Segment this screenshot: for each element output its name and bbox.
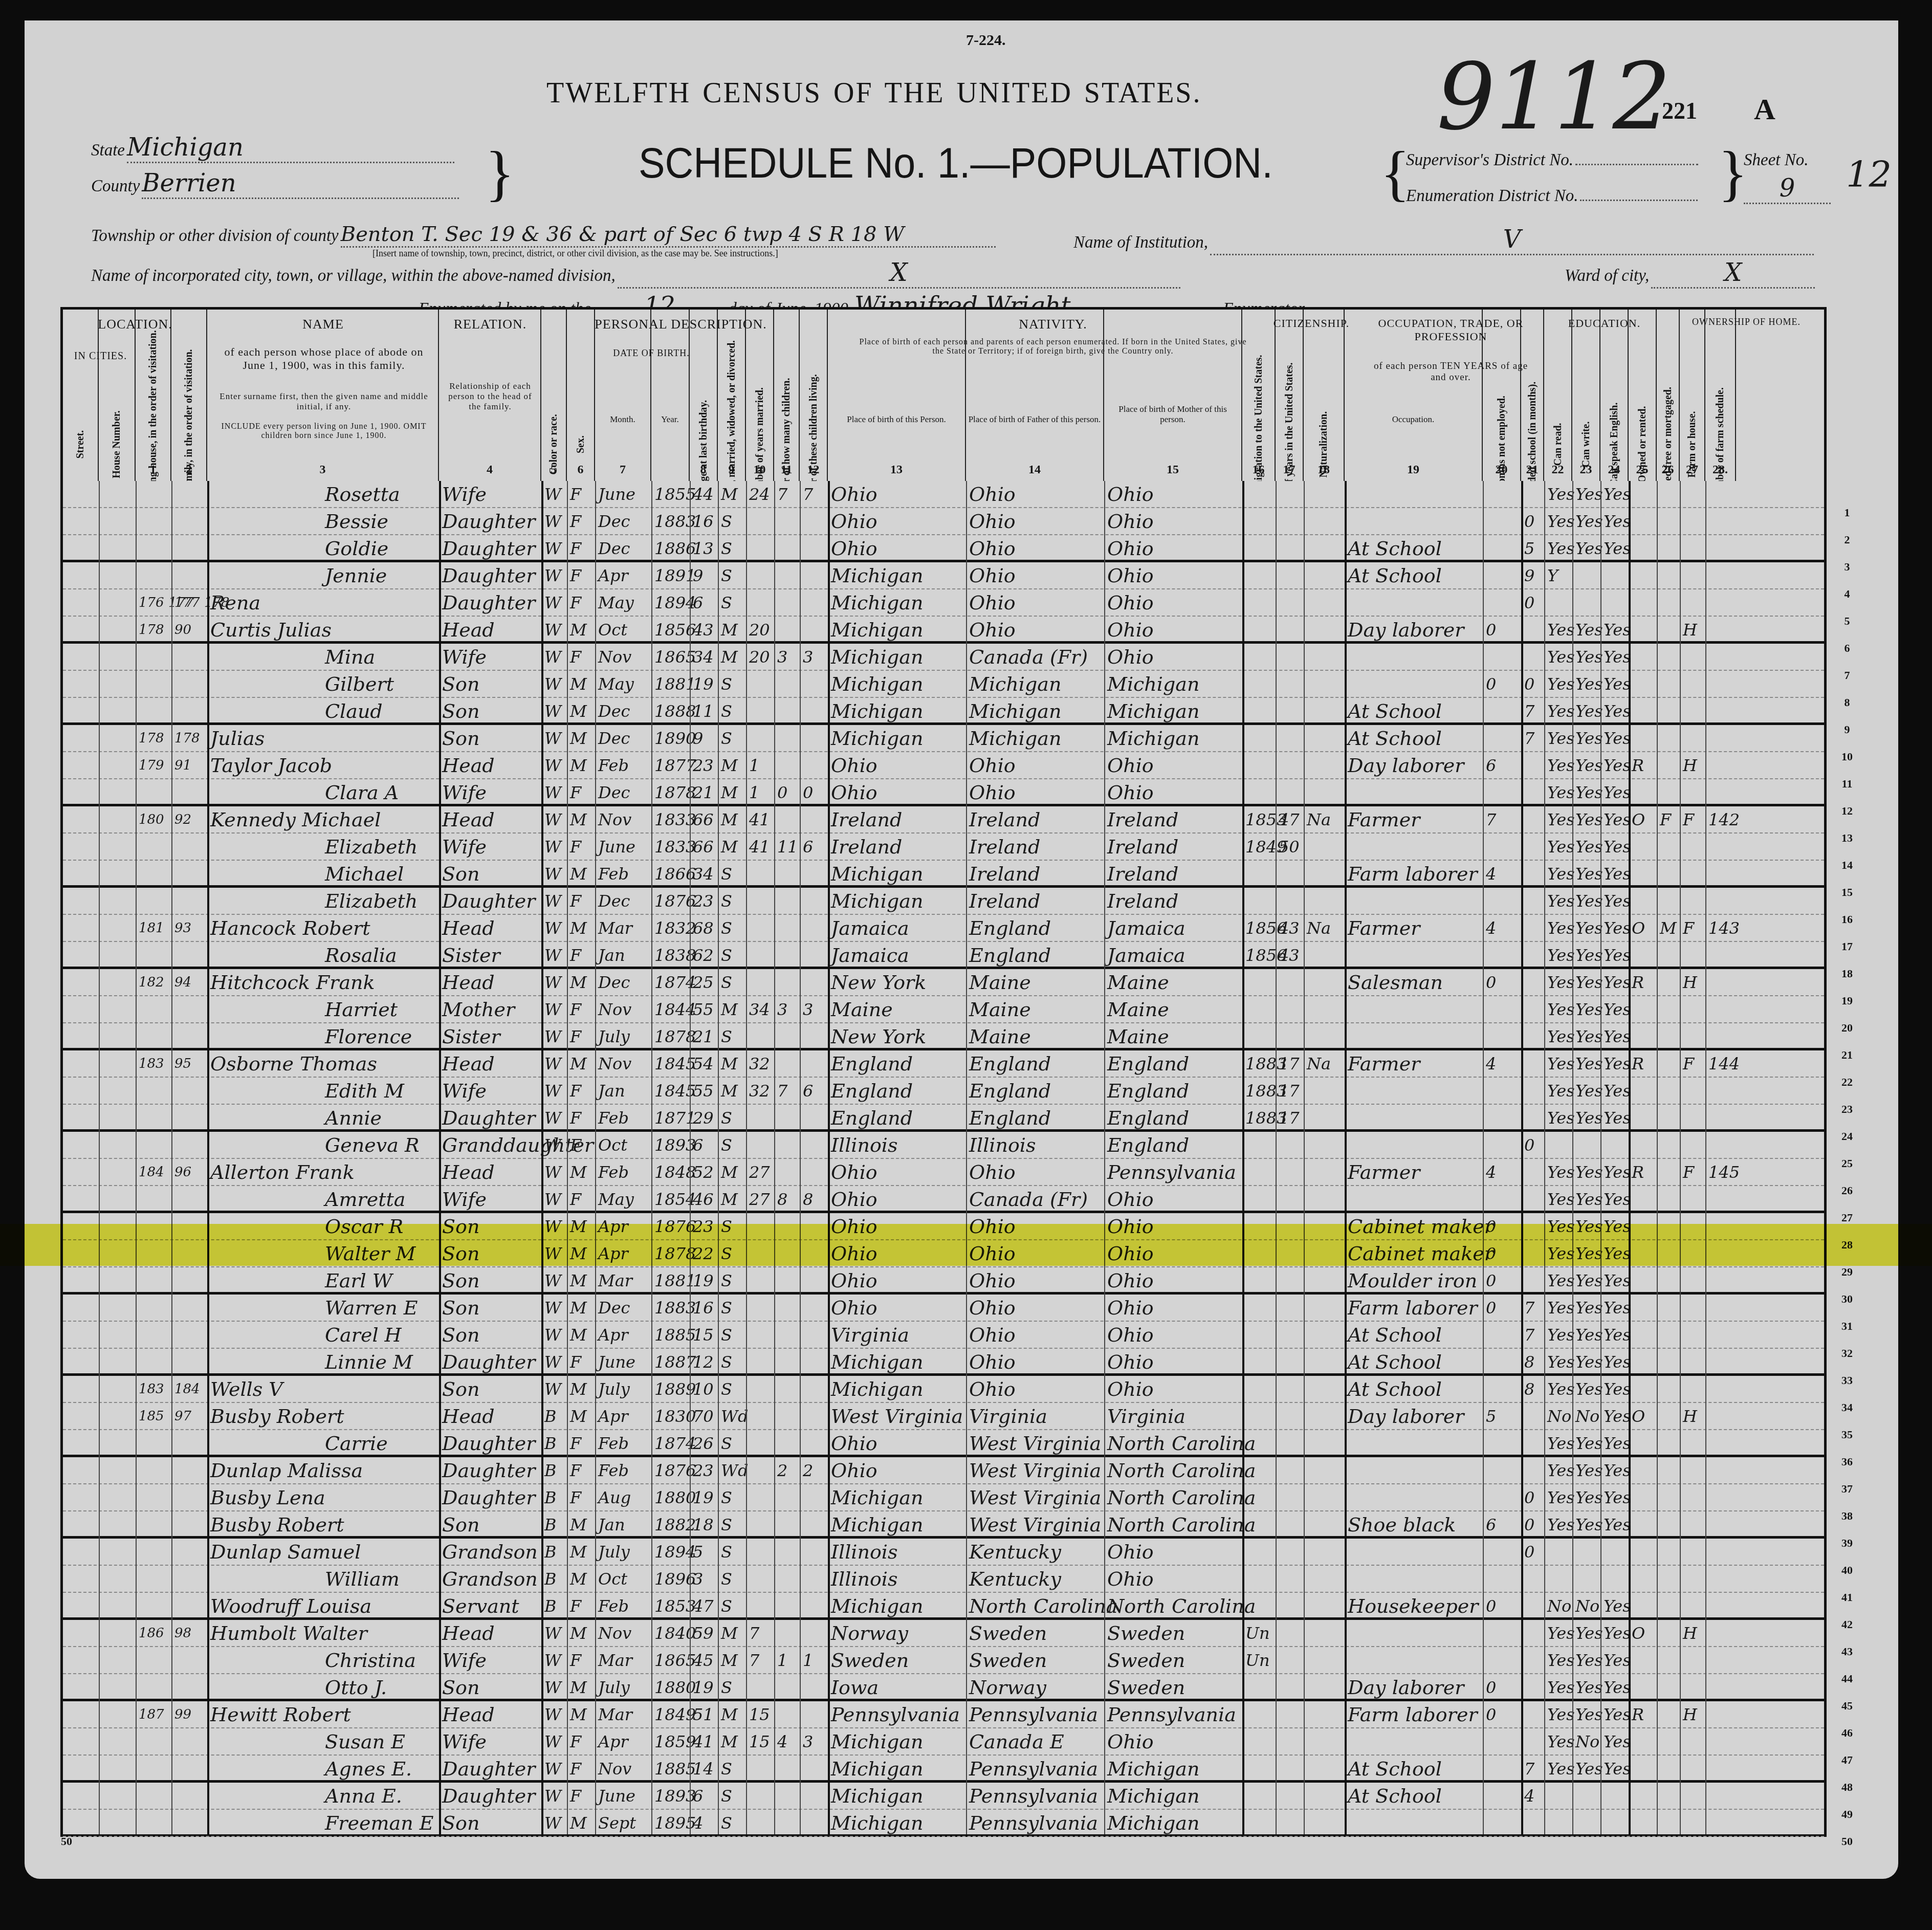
cell-attended-school: 8: [1521, 1349, 1544, 1376]
cell-birth-person: Ireland: [828, 834, 966, 861]
column-header-sex: Sex.6: [567, 310, 595, 481]
cell-birth-father: Ireland: [966, 888, 1104, 915]
cell-farm-schedule: 145: [1705, 1159, 1736, 1186]
cell-birth-father: Illinois: [966, 1132, 1104, 1159]
line-number: 40: [1837, 1564, 1857, 1577]
table-row[interactable]: 18092Kennedy MichaelHeadWMNov183366M41Ir…: [63, 806, 1824, 834]
cell-can-read: Yes: [1544, 1457, 1572, 1484]
cell-year: 1845: [651, 1078, 690, 1105]
table-row[interactable]: Woodruff LouisaServantBFFeb185347SMichig…: [63, 1593, 1824, 1620]
table-row[interactable]: HarrietMotherWFNov184455M3433MaineMaineM…: [63, 996, 1824, 1023]
table-row[interactable]: GilbertSonWMMay188119SMichiganMichiganMi…: [63, 671, 1824, 698]
cell-year: 1885: [651, 1756, 690, 1783]
table-row[interactable]: ElizabethWifeWFJune183366M41116IrelandIr…: [63, 834, 1824, 861]
line-number: 39: [1837, 1537, 1857, 1550]
cell-sex: M: [567, 1322, 595, 1349]
table-row[interactable]: MinaWifeWFNov186534M2033MichiganCanada (…: [63, 644, 1824, 671]
institution-field[interactable]: V: [1210, 225, 1814, 255]
incorporated-field[interactable]: X: [618, 258, 1180, 289]
cell-sex: F: [567, 535, 595, 562]
table-row[interactable]: ChristinaWifeWFMar186545M711SwedenSweden…: [63, 1647, 1824, 1674]
cell-month: Mar: [595, 915, 651, 942]
cell-years-married: 34: [746, 996, 774, 1023]
cell-dwelling: 185: [136, 1403, 171, 1430]
cell-months-unemployed: 4: [1483, 915, 1521, 942]
cell-occupation: Farmer: [1345, 806, 1483, 834]
cell-can-write: Yes: [1572, 1295, 1600, 1322]
column-header-street: Street.: [63, 310, 99, 481]
cell-color: W: [541, 481, 567, 508]
table-row[interactable]: MichaelSonWMFeb186634SMichiganIrelandIre…: [63, 861, 1824, 888]
cell-can-speak-english: Yes: [1600, 1295, 1629, 1322]
column-divider: [718, 481, 719, 1834]
table-row[interactable]: AmrettaWifeWFMay185446M2788OhioCanada (F…: [63, 1186, 1824, 1213]
cell-color: B: [541, 1403, 567, 1430]
cell-mother-of: 4: [774, 1728, 800, 1756]
cell-name: Elizabeth: [207, 834, 439, 861]
cell-birth-mother: Ohio: [1104, 1376, 1242, 1403]
cell-can-write: No: [1572, 1728, 1600, 1756]
cell-months-unemployed: 4: [1483, 1050, 1521, 1078]
cell-birth-person: Jamaica: [828, 942, 966, 969]
table-row[interactable]: 18698Humbolt WalterHeadWMNov184059M7Norw…: [63, 1620, 1824, 1647]
cell-birth-person: Michigan: [828, 1511, 966, 1539]
column-header-birth_person: Place of birth of this Person.13: [828, 310, 966, 481]
cell-relation: Head: [439, 969, 541, 996]
cell-dwelling: 182: [136, 969, 171, 996]
bracket: {: [1380, 138, 1410, 209]
cell-sex: F: [567, 1105, 595, 1132]
cell-can-speak-english: Yes: [1600, 861, 1629, 888]
bracket: }: [1718, 138, 1748, 209]
column-number: 13: [828, 463, 965, 477]
cell-month: July: [595, 1376, 651, 1403]
table-row[interactable]: Anna E.DaughterWFJune18936SMichiganPenns…: [63, 1783, 1824, 1810]
cell-birth-mother: Ohio: [1104, 1267, 1242, 1295]
cell-sex: F: [567, 942, 595, 969]
form-number: 7-224.: [966, 32, 1006, 49]
cell-year: 1887: [651, 1349, 690, 1376]
cell-birth-father: Ohio: [966, 1349, 1104, 1376]
column-number: 28.: [1705, 463, 1735, 477]
cell-can-read: Yes: [1544, 1349, 1572, 1376]
cell-farm-schedule: 144: [1705, 1050, 1736, 1078]
cell-birth-father: Ohio: [966, 1295, 1104, 1322]
table-row[interactable]: Agnes E.DaughterWFNov188514SMichiganPenn…: [63, 1756, 1824, 1783]
cell-birth-person: Michigan: [828, 562, 966, 589]
column-number: 19: [1345, 463, 1482, 477]
table-row[interactable]: FlorenceSisterWFJuly187821SNew YorkMaine…: [63, 1023, 1824, 1050]
cell-attended-school: 5: [1521, 535, 1544, 562]
cell-sex: M: [567, 1511, 595, 1539]
cell-can-speak-english: Yes: [1600, 1674, 1629, 1701]
cell-birth-mother: England: [1104, 1078, 1242, 1105]
table-row[interactable]: GoldieDaughterWFDec188613SOhioOhioOhioAt…: [63, 535, 1824, 562]
table-row[interactable]: Edith MWifeWFJan184555M3276EnglandEnglan…: [63, 1078, 1824, 1105]
cell-can-write: Yes: [1572, 915, 1600, 942]
cell-birth-mother: Maine: [1104, 996, 1242, 1023]
state-field[interactable]: Michigan: [127, 133, 454, 163]
cell-birth-person: Iowa: [828, 1674, 966, 1701]
cell-name: Warren E: [207, 1295, 439, 1322]
column-label: Place of birth of Mother of this person.: [1105, 404, 1240, 425]
cell-can-speak-english: Yes: [1600, 1484, 1629, 1511]
cell-year: 1856: [651, 617, 690, 644]
cell-name: Agnes E.: [207, 1756, 439, 1783]
cell-month: Mar: [595, 1267, 651, 1295]
column-number: 10: [746, 463, 773, 477]
cell-farm-house: H: [1680, 1403, 1705, 1430]
table-row[interactable]: RosaliaSisterWFJan183862SJamaicaEnglandJ…: [63, 942, 1824, 969]
enumeration-field[interactable]: [1580, 200, 1698, 201]
group-location: LOCATION.: [63, 317, 207, 332]
cell-month: Dec: [595, 535, 651, 562]
cell-months-unemployed: 0: [1483, 1295, 1521, 1322]
name-instruction: Enter surname first, then the given name…: [216, 391, 431, 412]
cell-birth-person: Jamaica: [828, 915, 966, 942]
cell-can-write: Yes: [1572, 1159, 1600, 1186]
table-row[interactable]: Warren ESonWMDec188316SOhioOhioOhioFarm …: [63, 1295, 1824, 1322]
cell-relation: Wife: [439, 1078, 541, 1105]
cell-marital: M: [718, 1647, 746, 1674]
cell-marital: M: [718, 752, 746, 779]
cell-family: 91: [171, 752, 207, 779]
table-row[interactable]: 18193Hancock RobertHeadWMMar183268SJamai…: [63, 915, 1824, 942]
cell-relation: Son: [439, 1511, 541, 1539]
township-field[interactable]: Benton T. Sec 19 & 36 & part of Sec 6 tw…: [341, 223, 996, 248]
cell-relation: Daughter: [439, 589, 541, 617]
cell-marital: S: [718, 1484, 746, 1511]
cell-birth-person: Ohio: [828, 752, 966, 779]
cell-marital: S: [718, 1566, 746, 1593]
cell-birth-mother: Ohio: [1104, 779, 1242, 806]
cell-birth-mother: Maine: [1104, 1023, 1242, 1050]
table-row[interactable]: AnnieDaughterWFFeb187129SEnglandEnglandE…: [63, 1105, 1824, 1132]
cell-name: Busby Robert: [207, 1511, 439, 1539]
cell-birth-mother: Michigan: [1104, 698, 1242, 725]
cell-month: Feb: [595, 861, 651, 888]
cell-relation: Daughter: [439, 1756, 541, 1783]
cell-relation: Head: [439, 1159, 541, 1186]
cell-marital: M: [718, 1728, 746, 1756]
table-row[interactable]: Dunlap SamuelGrandsonBMJuly18945SIllinoi…: [63, 1539, 1824, 1566]
column-label: Can write.: [1580, 422, 1592, 468]
column-header-house: House Number.: [99, 310, 136, 481]
table-row[interactable]: 17991Taylor JacobHeadWMFeb187723M1OhioOh…: [63, 752, 1824, 779]
cell-years-married: 20: [746, 617, 774, 644]
column-number: 20: [1483, 463, 1520, 477]
cell-birth-person: Michigan: [828, 644, 966, 671]
line-number: 36: [1837, 1455, 1857, 1468]
cell-can-read: Yes: [1544, 725, 1572, 752]
cell-age: 4: [690, 1810, 718, 1837]
cell-marital: S: [718, 915, 746, 942]
column-number: 5: [541, 463, 566, 477]
cell-name: Freeman E: [207, 1810, 439, 1837]
cell-years-married: 27: [746, 1159, 774, 1186]
cell-sex: F: [567, 1593, 595, 1620]
cell-color: W: [541, 888, 567, 915]
table-row[interactable]: Earl WSonWMMar188119SOhioOhioOhioMoulder…: [63, 1267, 1824, 1295]
cell-month: Dec: [595, 969, 651, 996]
column-header-mother_of: Mother of how many children.11: [774, 310, 800, 481]
cell-farm-house: H: [1680, 1620, 1705, 1647]
cell-attended-school: 9: [1521, 562, 1544, 589]
cell-birth-father: Ohio: [966, 752, 1104, 779]
cell-farm-schedule: 142: [1705, 806, 1736, 834]
cell-can-write: Yes: [1572, 671, 1600, 698]
cell-sex: M: [567, 1674, 595, 1701]
cell-month: Jan: [595, 1511, 651, 1539]
cell-name: Humbolt Walter: [207, 1620, 439, 1647]
column-number: 16: [1242, 463, 1275, 477]
cell-year: 1893: [651, 1783, 690, 1810]
cell-farm-house: H: [1680, 1701, 1705, 1728]
cell-color: W: [541, 698, 567, 725]
cell-birth-father: Ohio: [966, 617, 1104, 644]
cell-sex: M: [567, 1620, 595, 1647]
cell-birth-mother: Ohio: [1104, 589, 1242, 617]
cell-can-write: Yes: [1572, 1511, 1600, 1539]
cell-sex: F: [567, 1023, 595, 1050]
column-number: 9: [718, 463, 745, 477]
table-row[interactable]: Busby RobertSonBMJan188218SMichiganWest …: [63, 1511, 1824, 1539]
table-row[interactable]: 18294Hitchcock FrankHeadWMDec187425SNew …: [63, 969, 1824, 996]
cell-name: Mina: [207, 644, 439, 671]
cell-marital: S: [718, 508, 746, 535]
cell-marital: S: [718, 671, 746, 698]
table-row[interactable]: 178178JuliasSonWMDec18909SMichiganMichig…: [63, 725, 1824, 752]
cell-birth-person: Michigan: [828, 671, 966, 698]
cell-color: W: [541, 1105, 567, 1132]
cell-marital: S: [718, 725, 746, 752]
table-row[interactable]: BessieDaughterWFDec188316SOhioOhioOhio0Y…: [63, 508, 1824, 535]
table-row[interactable]: Otto J.SonWMJuly188019SIowaNorwaySwedenD…: [63, 1674, 1824, 1701]
cell-sex: M: [567, 698, 595, 725]
cell-occupation: Day laborer: [1345, 1674, 1483, 1701]
cell-year: 1878: [651, 779, 690, 806]
cell-birth-mother: North Carolina: [1104, 1430, 1242, 1457]
cell-month: Nov: [595, 644, 651, 671]
cell-name: William: [207, 1566, 439, 1593]
cell-year: 1838: [651, 942, 690, 969]
table-row[interactable]: 18597Busby RobertHeadBMApr183070WdWest V…: [63, 1403, 1824, 1430]
cell-name: Linnie M: [207, 1349, 439, 1376]
cell-year: 1880: [651, 1484, 690, 1511]
cell-name: Allerton Frank: [207, 1159, 439, 1186]
column-divider: [1104, 481, 1105, 1834]
cell-occupation: Day laborer: [1345, 1403, 1483, 1430]
cell-birth-father: Ohio: [966, 1376, 1104, 1403]
cell-relation: Sister: [439, 1023, 541, 1050]
cell-year: 1885: [651, 1322, 690, 1349]
cell-year: 1830: [651, 1403, 690, 1430]
sheet-field[interactable]: 9: [1744, 174, 1831, 204]
cell-age: 44: [690, 481, 718, 508]
column-divider: [1483, 481, 1484, 1834]
cell-years-married: 41: [746, 834, 774, 861]
table-row[interactable]: Clara AWifeWFDec187821M100OhioOhioOhioYe…: [63, 779, 1824, 806]
table-row[interactable]: Geneva RGranddaughterWFOct18936SIllinois…: [63, 1132, 1824, 1159]
cell-age: 23: [690, 752, 718, 779]
cell-birth-mother: Sweden: [1104, 1647, 1242, 1674]
cell-relation: Son: [439, 725, 541, 752]
cell-farm-house: H: [1680, 752, 1705, 779]
table-row[interactable]: Dunlap MalissaDaughterBFFeb187623Wd22Ohi…: [63, 1457, 1824, 1484]
cell-can-speak-english: Yes: [1600, 698, 1629, 725]
supervisor-field[interactable]: [1575, 164, 1698, 165]
cell-months-unemployed: 0: [1483, 1267, 1521, 1295]
table-row[interactable]: ElizabethDaughterWFDec187623SMichiganIre…: [63, 888, 1824, 915]
table-row[interactable]: 176 177177 178RenaDaughterWFMay18946SMic…: [63, 589, 1824, 617]
column-header-can_speak_english: Can speak English.24: [1600, 310, 1629, 481]
cell-family: 178: [171, 725, 207, 752]
cell-relation: Daughter: [439, 1484, 541, 1511]
cell-relation: Head: [439, 806, 541, 834]
cell-birth-person: England: [828, 1078, 966, 1105]
table-row[interactable]: ClaudSonWMDec188811SMichiganMichiganMich…: [63, 698, 1824, 725]
cell-name: Bessie: [207, 508, 439, 535]
cell-attended-school: 4: [1521, 1783, 1544, 1810]
cell-can-write: Yes: [1572, 1457, 1600, 1484]
table-row[interactable]: Busby LenaDaughterBFAug188019SMichiganWe…: [63, 1484, 1824, 1511]
cell-can-speak-english: Yes: [1600, 996, 1629, 1023]
cell-occupation: At School: [1345, 1349, 1483, 1376]
table-row[interactable]: WilliamGrandsonBMOct18963SIllinoisKentuc…: [63, 1566, 1824, 1593]
cell-age: 14: [690, 1756, 718, 1783]
cell-sex: F: [567, 1457, 595, 1484]
cell-marital: M: [718, 996, 746, 1023]
cell-years-us: 17: [1276, 1078, 1304, 1105]
cell-color: W: [541, 617, 567, 644]
cell-can-speak-english: Yes: [1600, 969, 1629, 996]
cell-birth-mother: Ireland: [1104, 806, 1242, 834]
cell-color: W: [541, 644, 567, 671]
cell-birth-father: Pennsylvania: [966, 1810, 1104, 1837]
cell-birth-father: England: [966, 942, 1104, 969]
cell-months-unemployed: 0: [1483, 617, 1521, 644]
line-number: 21: [1837, 1048, 1857, 1062]
cell-birth-person: England: [828, 1105, 966, 1132]
table-row[interactable]: JennieDaughterWFApr18919SMichiganOhioOhi…: [63, 562, 1824, 589]
cell-can-read: Yes: [1544, 671, 1572, 698]
table-row[interactable]: RosettaWifeWFJune185544M2477OhioOhioOhio…: [63, 481, 1824, 508]
cell-year: 1895: [651, 1810, 690, 1837]
table-row[interactable]: Carel HSonWMApr188515SVirginiaOhioOhioAt…: [63, 1322, 1824, 1349]
cell-age: 34: [690, 644, 718, 671]
cell-owned-rented: O: [1629, 1620, 1657, 1647]
cell-owned-rented: R: [1629, 1159, 1657, 1186]
cell-month: May: [595, 1186, 651, 1213]
cell-can-speak-english: Yes: [1600, 779, 1629, 806]
group-education: EDUCATION.: [1539, 317, 1670, 330]
cell-age: 5: [690, 1539, 718, 1566]
column-header-naturalization: Naturalization.18: [1304, 310, 1345, 481]
cell-name: Edith M: [207, 1078, 439, 1105]
cell-year: 1871: [651, 1105, 690, 1132]
cell-attended-school: 7: [1521, 1322, 1544, 1349]
table-row[interactable]: 18799Hewitt RobertHeadWMMar184951M15Penn…: [63, 1701, 1824, 1728]
line-number: 26: [1837, 1184, 1857, 1197]
line-number: 5: [1837, 615, 1857, 628]
cell-birth-mother: Virginia: [1104, 1403, 1242, 1430]
cell-relation: Daughter: [439, 1457, 541, 1484]
cell-birth-mother: Michigan: [1104, 725, 1242, 752]
line-number: 34: [1837, 1401, 1857, 1414]
table-row[interactable]: 18395Osborne ThomasHeadWMNov184554M32Eng…: [63, 1050, 1824, 1078]
ward-field[interactable]: X: [1651, 258, 1815, 289]
cell-mother-of: 11: [774, 834, 800, 861]
cell-age: 9: [690, 562, 718, 589]
row-highlight: [0, 1224, 1932, 1266]
cell-month: July: [595, 1023, 651, 1050]
cell-marital: S: [718, 1023, 746, 1050]
table-row[interactable]: Susan EWifeWFApr185941M1543MichiganCanad…: [63, 1728, 1824, 1756]
cell-years-married: 1: [746, 752, 774, 779]
cell-month: Nov: [595, 1756, 651, 1783]
cell-relation: Daughter: [439, 1783, 541, 1810]
cell-birth-father: England: [966, 1078, 1104, 1105]
cell-free-mortgaged: F: [1657, 806, 1680, 834]
cell-can-speak-english: Yes: [1600, 1430, 1629, 1457]
cell-birth-person: Michigan: [828, 617, 966, 644]
cell-marital: S: [718, 861, 746, 888]
cell-birth-father: Pennsylvania: [966, 1756, 1104, 1783]
table-row[interactable]: 17890Curtis JuliasHeadWMOct185643M20Mich…: [63, 617, 1824, 644]
cell-sex: F: [567, 1728, 595, 1756]
supervisor-label: Supervisor's District No.: [1406, 151, 1573, 169]
county-field[interactable]: Berrien: [142, 169, 459, 199]
table-row[interactable]: Freeman ESonWMSept18954SMichiganPennsylv…: [63, 1810, 1824, 1837]
cell-dwelling: 178: [136, 725, 171, 752]
column-divider: [1600, 481, 1601, 1834]
table-row[interactable]: CarrieDaughterBFFeb187426SOhioWest Virgi…: [63, 1430, 1824, 1457]
column-label: Can read.: [1552, 423, 1564, 466]
cell-color: B: [541, 1457, 567, 1484]
cell-dwelling: 179: [136, 752, 171, 779]
cell-years-married: 7: [746, 1620, 774, 1647]
cell-marital: Wd: [718, 1457, 746, 1484]
cell-marital: M: [718, 1078, 746, 1105]
table-row[interactable]: Linnie MDaughterWFJune188712SMichiganOhi…: [63, 1349, 1824, 1376]
cell-relation: Son: [439, 861, 541, 888]
stamp-number: 9112: [1437, 43, 1671, 150]
cell-color: W: [541, 1647, 567, 1674]
cell-year: 1840: [651, 1620, 690, 1647]
table-row[interactable]: 18496Allerton FrankHeadWMFeb184852M27Ohi…: [63, 1159, 1824, 1186]
cell-relation: Grandson: [439, 1539, 541, 1566]
cell-birth-father: Ohio: [966, 508, 1104, 535]
cell-can-read: No: [1544, 1593, 1572, 1620]
cell-can-speak-english: Yes: [1600, 752, 1629, 779]
cell-sex: M: [567, 1810, 595, 1837]
cell-marital: S: [718, 1376, 746, 1403]
cell-year: 1849: [651, 1701, 690, 1728]
cell-can-read: Yes: [1544, 617, 1572, 644]
cell-marital: S: [718, 1674, 746, 1701]
cell-year: 1880: [651, 1674, 690, 1701]
cell-birth-father: Canada (Fr): [966, 644, 1104, 671]
table-row[interactable]: 183184Wells VSonWMJuly188910SMichiganOhi…: [63, 1376, 1824, 1403]
cell-relation: Son: [439, 671, 541, 698]
cell-immig-year: 1856: [1242, 915, 1276, 942]
cell-children-living: 6: [800, 1078, 828, 1105]
cell-months-unemployed: 0: [1483, 969, 1521, 996]
line-number: 12: [1837, 804, 1857, 818]
line-number: 29: [1837, 1265, 1857, 1279]
cell-sex: M: [567, 1376, 595, 1403]
cell-name: Rosetta: [207, 481, 439, 508]
